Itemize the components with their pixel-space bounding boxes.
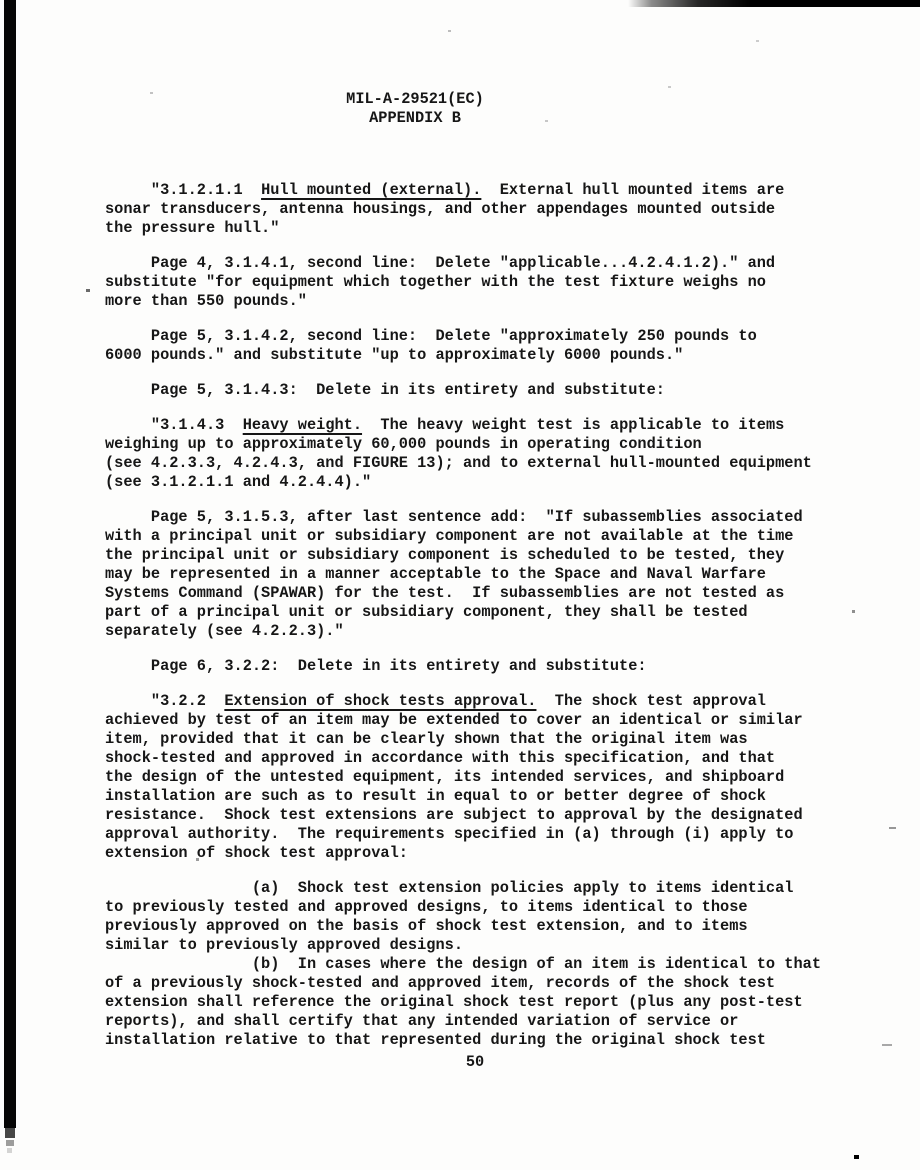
text-segment: may be represented in a manner acceptabl… (105, 565, 766, 583)
text-segment: (see 4.2.3.3, 4.2.4.3, and FIGURE 13); a… (105, 454, 812, 472)
doc-line: the pressure hull." (105, 219, 845, 238)
scan-speck (448, 30, 451, 32)
doc-line: Page 6, 3.2.2: Delete in its entirety an… (105, 657, 845, 676)
doc-line: (see 4.2.3.3, 4.2.4.3, and FIGURE 13); a… (105, 454, 845, 473)
scan-artifact-left-bar-fragment (6, 1140, 14, 1146)
text-segment: with a principal unit or subsidiary comp… (105, 527, 793, 545)
doc-line: reports), and shall certify that any int… (105, 1012, 845, 1031)
doc-line: approval authority. The requirements spe… (105, 825, 845, 844)
text-segment: separately (see 4.2.2.3)." (105, 622, 344, 640)
doc-line: with a principal unit or subsidiary comp… (105, 527, 845, 546)
text-segment: Page 5, 3.1.5.3, after last sentence add… (105, 508, 803, 526)
appendix-title: APPENDIX B (105, 109, 725, 128)
paragraph-8: "3.2.2 Extension of shock tests approval… (105, 692, 845, 863)
doc-paragraphs: "3.1.2.1.1 Hull mounted (external). Exte… (105, 181, 845, 1066)
doc-line: weighing up to approximately 60,000 poun… (105, 435, 845, 454)
scanned-document-page: MIL-A-29521(EC) APPENDIX B "3.1.2.1.1 Hu… (0, 0, 920, 1170)
text-segment: to previously tested and approved design… (105, 898, 748, 916)
text-segment: The shock test approval (536, 692, 766, 710)
scan-artifact-left-bar-fragment (5, 1128, 15, 1138)
doc-line: may be represented in a manner acceptabl… (105, 565, 845, 584)
doc-line: the design of the untested equipment, it… (105, 768, 845, 787)
text-segment: installation relative to that represente… (105, 1031, 766, 1049)
scan-speck (756, 40, 759, 42)
doc-line: installation are such as to result in eq… (105, 787, 845, 806)
text-segment: shock-tested and approved in accordance … (105, 749, 775, 767)
underlined-text: Hull mounted (external). (261, 181, 481, 199)
doc-line: Systems Command (SPAWAR) for the test. I… (105, 584, 845, 603)
document-header: MIL-A-29521(EC) APPENDIX B (105, 90, 725, 128)
doc-line: "3.1.2.1.1 Hull mounted (external). Exte… (105, 181, 845, 200)
text-segment: resistance. Shock test extensions are su… (105, 806, 803, 824)
paragraph-3: Page 5, 3.1.4.2, second line: Delete "ap… (105, 327, 845, 365)
paragraph-9: (a) Shock test extension policies apply … (105, 879, 845, 1050)
doc-line: Page 5, 3.1.5.3, after last sentence add… (105, 508, 845, 527)
page-number: 50 (105, 1053, 833, 1072)
doc-line: extension of shock test approval: (105, 844, 845, 863)
text-segment: reports), and shall certify that any int… (105, 1012, 738, 1030)
paragraph-4: Page 5, 3.1.4.3: Delete in its entirety … (105, 381, 845, 400)
text-segment: Page 4, 3.1.4.1, second line: Delete "ap… (105, 254, 775, 272)
scan-speck (852, 610, 855, 613)
doc-line: extension shall reference the original s… (105, 993, 845, 1012)
doc-line: similar to previously approved designs. (105, 936, 845, 955)
doc-line: 6000 pounds." and substitute "up to appr… (105, 346, 845, 365)
paragraph-7: Page 6, 3.2.2: Delete in its entirety an… (105, 657, 845, 676)
text-segment: part of a principal unit or subsidiary c… (105, 603, 748, 621)
text-segment: achieved by test of an item may be exten… (105, 711, 803, 729)
doc-line: "3.2.2 Extension of shock tests approval… (105, 692, 845, 711)
text-segment: of a previously shock-tested and approve… (105, 974, 775, 992)
doc-line: Page 4, 3.1.4.1, second line: Delete "ap… (105, 254, 845, 273)
paragraph-2: Page 4, 3.1.4.1, second line: Delete "ap… (105, 254, 845, 311)
doc-line: of a previously shock-tested and approve… (105, 974, 845, 993)
scan-artifact-bottom-right-dot (854, 1155, 859, 1159)
text-segment: (see 3.1.2.1.1 and 4.2.4.4)." (105, 473, 371, 491)
doc-line: Page 5, 3.1.4.3: Delete in its entirety … (105, 381, 845, 400)
paragraph-1: "3.1.2.1.1 Hull mounted (external). Exte… (105, 181, 845, 238)
text-segment: approval authority. The requirements spe… (105, 825, 793, 843)
scan-speck (86, 289, 90, 292)
doc-line: Page 5, 3.1.4.2, second line: Delete "ap… (105, 327, 845, 346)
text-segment: more than 550 pounds." (105, 292, 307, 310)
text-segment: (b) In cases where the design of an item… (105, 955, 821, 973)
text-segment: Page 5, 3.1.4.2, second line: Delete "ap… (105, 327, 757, 345)
text-segment: the pressure hull." (105, 219, 279, 237)
scan-artifact-left-binding-bar (4, 0, 16, 1128)
text-segment: Systems Command (SPAWAR) for the test. I… (105, 584, 784, 602)
text-segment: previously approved on the basis of shoc… (105, 917, 748, 935)
doc-line: (see 3.1.2.1.1 and 4.2.4.4)." (105, 473, 845, 492)
text-segment: extension shall reference the original s… (105, 993, 803, 1011)
text-segment: similar to previously approved designs. (105, 936, 463, 954)
underlined-text: Heavy weight. (243, 416, 362, 434)
text-segment: item, provided that it can be clearly sh… (105, 730, 748, 748)
scan-speck (668, 86, 671, 88)
text-segment: The heavy weight test is applicable to i… (362, 416, 784, 434)
text-segment: substitute "for equipment which together… (105, 273, 766, 291)
text-segment: External hull mounted items are (481, 181, 784, 199)
text-segment: "3.2.2 (105, 692, 224, 710)
scan-artifact-right-margin-marks (882, 1044, 892, 1046)
doc-line: part of a principal unit or subsidiary c… (105, 603, 845, 622)
doc-line: shock-tested and approved in accordance … (105, 749, 845, 768)
scan-artifact-left-bar-fragment (7, 1148, 12, 1153)
text-segment: (a) Shock test extension policies apply … (105, 879, 793, 897)
text-segment: "3.1.4.3 (105, 416, 243, 434)
text-segment: sonar transducers, antenna housings, and… (105, 200, 775, 218)
scan-artifact-right-margin-dash (889, 827, 896, 829)
text-segment: the principal unit or subsidiary compone… (105, 546, 784, 564)
doc-line: the principal unit or subsidiary compone… (105, 546, 845, 565)
doc-line: resistance. Shock test extensions are su… (105, 806, 845, 825)
text-segment: Page 6, 3.2.2: Delete in its entirety an… (105, 657, 647, 675)
doc-line: sonar transducers, antenna housings, and… (105, 200, 845, 219)
doc-line: more than 550 pounds." (105, 292, 845, 311)
doc-line: to previously tested and approved design… (105, 898, 845, 917)
doc-line: "3.1.4.3 Heavy weight. The heavy weight … (105, 416, 845, 435)
text-segment: 6000 pounds." and substitute "up to appr… (105, 346, 683, 364)
text-segment: the design of the untested equipment, it… (105, 768, 784, 786)
doc-line: achieved by test of an item may be exten… (105, 711, 845, 730)
text-segment: extension of shock test approval: (105, 844, 408, 862)
doc-line: (a) Shock test extension policies apply … (105, 879, 845, 898)
text-segment: "3.1.2.1.1 (105, 181, 261, 199)
doc-line: item, provided that it can be clearly sh… (105, 730, 845, 749)
document-id: MIL-A-29521(EC) (105, 90, 725, 109)
paragraph-6: Page 5, 3.1.5.3, after last sentence add… (105, 508, 845, 641)
doc-line: installation relative to that represente… (105, 1031, 845, 1050)
paragraph-5: "3.1.4.3 Heavy weight. The heavy weight … (105, 416, 845, 492)
doc-line: separately (see 4.2.2.3)." (105, 622, 845, 641)
text-segment: weighing up to approximately 60,000 poun… (105, 435, 702, 453)
underlined-text: Extension of shock tests approval. (224, 692, 536, 710)
text-segment: installation are such as to result in eq… (105, 787, 766, 805)
scan-artifact-top-edge-bar (628, 0, 920, 7)
text-segment: Page 5, 3.1.4.3: Delete in its entirety … (105, 381, 665, 399)
doc-line: (b) In cases where the design of an item… (105, 955, 845, 974)
doc-line: substitute "for equipment which together… (105, 273, 845, 292)
doc-line: previously approved on the basis of shoc… (105, 917, 845, 936)
